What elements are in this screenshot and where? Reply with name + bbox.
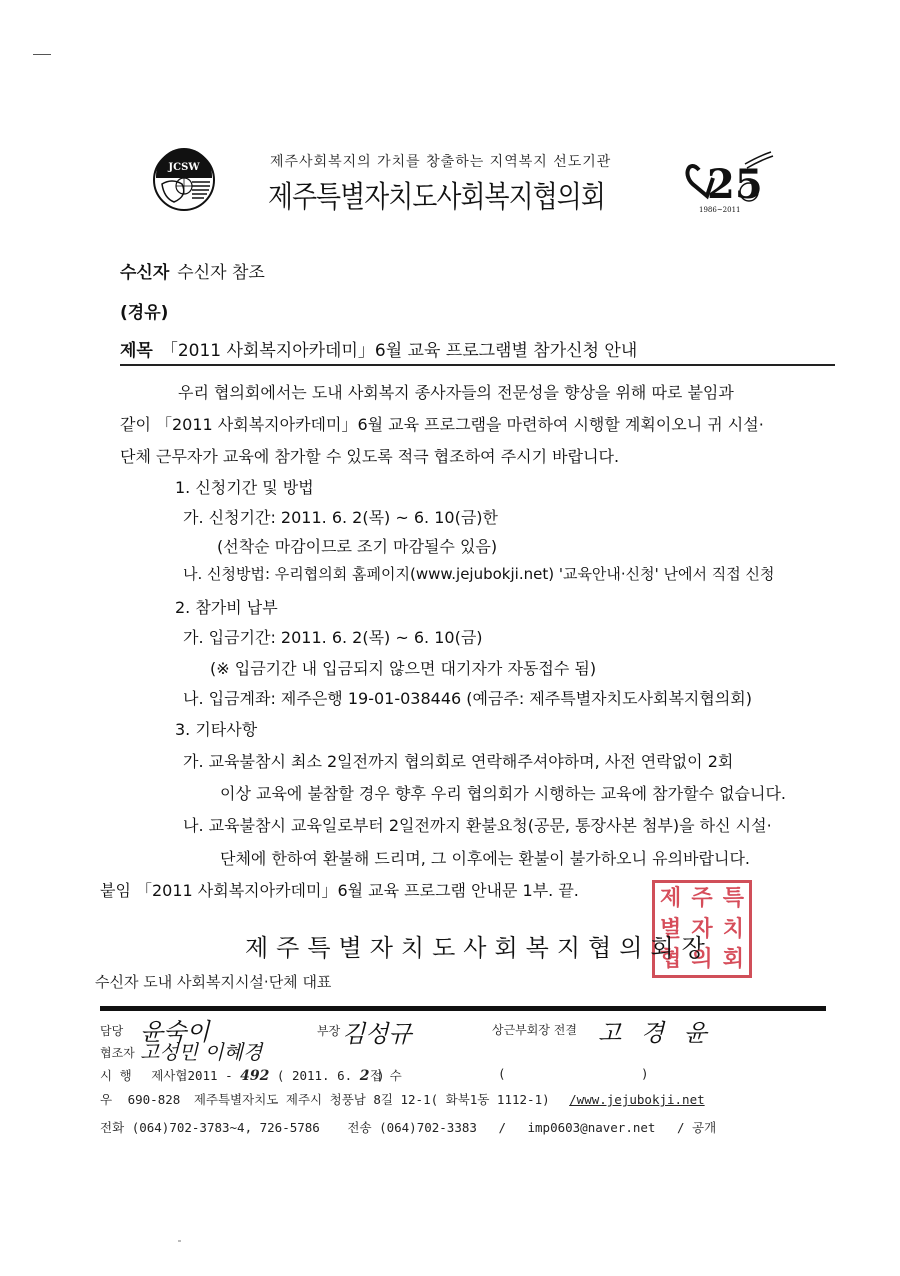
seal-char: 주 (686, 883, 717, 914)
intro-line: 우리 협의회에서는 도내 사회복지 종사자들의 전문성을 향상을 위해 따로 붙… (120, 380, 764, 412)
cooperator-signature: 고성민 이혜경 (140, 1036, 262, 1065)
intro-line: 같이 「2011 사회복지아카데미」6월 교육 프로그램을 마련하여 시행할 계… (120, 412, 764, 444)
section-item: 나. 신청방법: 우리협의회 홈페이지(www.jejubokji.net) '… (183, 563, 775, 584)
date-handwritten: 2 (360, 1068, 370, 1084)
subject-label: 제목 (120, 341, 153, 361)
recipient-line: 수신자수신자 참조 (120, 258, 265, 283)
svg-text:JCSW: JCSW (167, 162, 200, 173)
section-heading: 2. 참가비 납부 (175, 595, 278, 618)
enforcement-label: 시 행 (100, 1068, 132, 1083)
section-item: 단체에 한하여 환불해 드리며, 그 이후에는 환불이 불가하오니 유의바랍니다… (220, 846, 750, 869)
disclosure-status: / 공개 (677, 1120, 716, 1135)
date-prefix: ( 2011. 6. (277, 1068, 352, 1083)
section-heading: 3. 기타사항 (175, 717, 257, 740)
org-name: 제주특별자치도사회복지협의회 (268, 172, 605, 216)
scan-mark (33, 54, 51, 55)
fax-label: 전송 (347, 1120, 371, 1135)
jcsw-logo: JCSW (152, 148, 216, 212)
seal-char: 특 (718, 883, 749, 914)
footer-divider (100, 1006, 826, 1011)
phone-number: (064)702-3783~4, 726-5786 (132, 1120, 320, 1135)
seal-char: 제 (655, 883, 686, 914)
subject-divider (120, 364, 835, 366)
intro-paragraph: 우리 협의회에서는 도내 사회복지 종사자들의 전문성을 향상을 위해 따로 붙… (120, 380, 764, 476)
org-tagline: 제주사회복지의 가치를 창출하는 지역복지 선도기관 (270, 151, 611, 171)
seal-char: 회 (718, 944, 749, 975)
manager-label: 부장 (317, 1022, 340, 1039)
doc-number-handwritten: 492 (240, 1068, 269, 1084)
enforcement-line: 시 행 제사협2011 - 492 ( 2011. 6. 2 ) (100, 1066, 385, 1084)
section-item: 나. 교육불참시 교육일로부터 2일전까지 환불요청(공문, 통장사본 첨부)을… (183, 813, 772, 836)
email[interactable]: imp0603@naver.net (528, 1120, 656, 1135)
address-line: 우 690-828 제주특별자치도 제주시 청풍남 8길 12-1( 화북1동 … (100, 1090, 705, 1108)
separator: / (498, 1120, 506, 1135)
staff-label: 담당 (100, 1022, 123, 1039)
via-line: (경유) (120, 298, 168, 323)
seal-char: 치 (718, 914, 749, 945)
cooperator-label: 협조자 (100, 1044, 135, 1061)
vp-signature: 고 경 윤 (598, 1013, 713, 1048)
section-item: (※ 입금기간 내 입금되지 않으면 대기자가 자동접수 됨) (210, 656, 596, 679)
fax-number: (064)702-3383 (379, 1120, 477, 1135)
section-item: 가. 신청기간: 2011. 6. 2(목) ~ 6. 10(금)한 (183, 505, 498, 528)
section-item: 가. 교육불참시 최소 2일전까지 협의회로 연락해주셔야하며, 사전 연락없이… (183, 749, 733, 772)
contact-line: 전화 (064)702-3783~4, 726-5786 전송 (064)702… (100, 1118, 716, 1136)
section-item: 가. 입금기간: 2011. 6. 2(목) ~ 6. 10(금) (183, 625, 483, 648)
street-address: 제주특별자치도 제주시 청풍남 8길 12-1( 화북1동 1112-1) (194, 1092, 550, 1107)
doc-number-prefix: 제사협2011 - (151, 1068, 232, 1083)
recipient-label: 수신자 (120, 263, 169, 283)
attachment-line: 붙임 「2011 사회복지아카데미」6월 교육 프로그램 안내문 1부. 끝. (100, 878, 579, 901)
manager-signature: 김성규 (342, 1014, 412, 1049)
recipients-line: 수신자 도내 사회복지시설·단체 대표 (95, 971, 331, 992)
section-item: (선착순 마감이므로 조기 마감될수 있음) (217, 534, 497, 557)
postal-code: 690-828 (128, 1092, 181, 1107)
receipt-value: ( ) (498, 1066, 649, 1081)
sender-name: 제주특별자치도사회복지협의회장 (245, 928, 713, 963)
receipt-label: 접 수 (370, 1066, 402, 1084)
postal-label: 우 (100, 1092, 112, 1107)
vp-approval-label: 상근부회장 전결 (492, 1021, 577, 1038)
phone-label: 전화 (100, 1120, 124, 1135)
svg-text:1986~2011: 1986~2011 (699, 206, 741, 214)
section-item: 이상 교육에 불참할 경우 향후 우리 협의회가 시행하는 교육에 참가할수 없… (220, 781, 786, 804)
section-item: 나. 입금계좌: 제주은행 19-01-038446 (예금주: 제주특별자치도… (183, 686, 752, 709)
scan-speck (178, 1240, 181, 1242)
subject-value: 「2011 사회복지아카데미」6월 교육 프로그램별 참가신청 안내 (161, 341, 637, 361)
section-heading: 1. 신청기간 및 방법 (175, 475, 314, 498)
subject-line: 제목「2011 사회복지아카데미」6월 교육 프로그램별 참가신청 안내 (120, 336, 637, 361)
intro-line: 단체 근무자가 교육에 참가할 수 있도록 적극 협조하여 주시기 바랍니다. (120, 444, 764, 476)
recipient-value: 수신자 참조 (177, 263, 265, 283)
website-link[interactable]: /www.jejubokji.net (569, 1092, 704, 1107)
anniversary-25-logo: 25 1986~2011 (685, 148, 785, 216)
